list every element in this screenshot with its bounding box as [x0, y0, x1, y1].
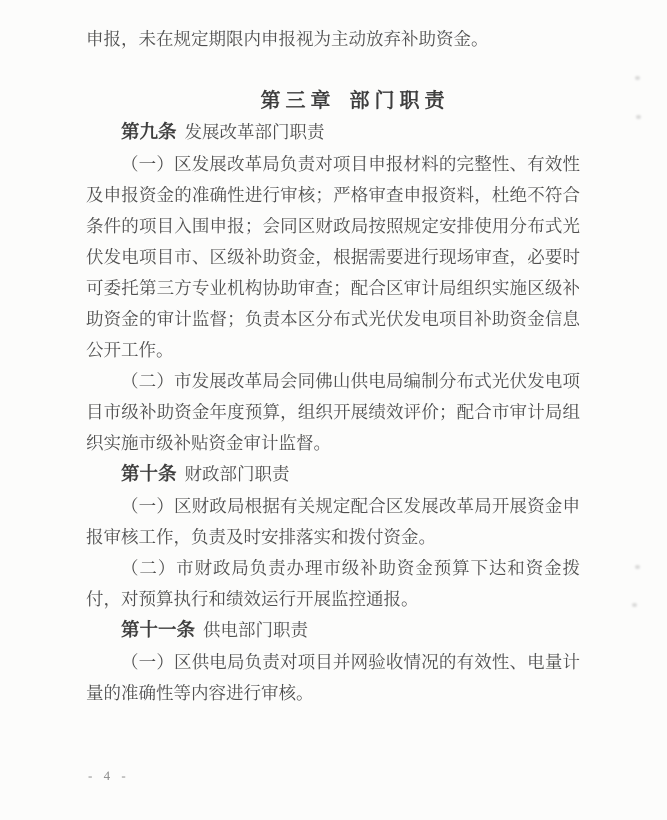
article-11-label: 第十一条: [121, 621, 195, 641]
scan-artifact: [635, 76, 640, 80]
article-10-heading: 第十条财政部门职责: [86, 459, 580, 491]
document-content: 申报，未在规定期限内申报视为主动放弃补助资金。 第三章部门职责 第九条发展改革部…: [86, 24, 580, 709]
continuation-paragraph: 申报，未在规定期限内申报视为主动放弃补助资金。: [86, 24, 580, 55]
scan-artifact: [635, 565, 640, 569]
article-9-label: 第九条: [121, 123, 177, 143]
article-9-title: 发展改革部门职责: [185, 122, 325, 142]
document-page: 申报，未在规定期限内申报视为主动放弃补助资金。 第三章部门职责 第九条发展改革部…: [0, 0, 667, 820]
chapter-number: 第三章: [261, 90, 336, 112]
article-11-clause-1: （一）区供电局负责对项目并网验收情况的有效性、电量计量的准确性等内容进行审核。: [86, 647, 580, 709]
article-10-clause-1: （一）区财政局根据有关规定配合区发展改革局开展资金申报审核工作，负责及时安排落实…: [86, 491, 580, 553]
chapter-heading: 第三章部门职责: [86, 86, 580, 117]
article-9-clause-2: （二）市发展改革局会同佛山供电局编制分布式光伏发电项目市级补助资金年度预算，组织…: [86, 366, 580, 459]
article-11-heading: 第十一条供电部门职责: [86, 615, 580, 647]
scan-artifact: [632, 603, 637, 607]
page-number: - 4 -: [88, 768, 130, 784]
article-11-title: 供电部门职责: [203, 620, 308, 640]
article-10-clause-2: （二）市财政局负责办理市级补助资金预算下达和资金拨付，对预算执行和绩效运行开展监…: [86, 553, 580, 615]
scan-artifact: [636, 115, 641, 119]
article-10-label: 第十条: [121, 465, 177, 485]
article-9-clause-1: （一）区发展改革局负责对项目申报材料的完整性、有效性及申报资金的准确性进行审核；…: [86, 149, 580, 366]
article-10-title: 财政部门职责: [185, 464, 290, 484]
chapter-title: 部门职责: [350, 90, 450, 112]
article-9-heading: 第九条发展改革部门职责: [86, 117, 580, 149]
